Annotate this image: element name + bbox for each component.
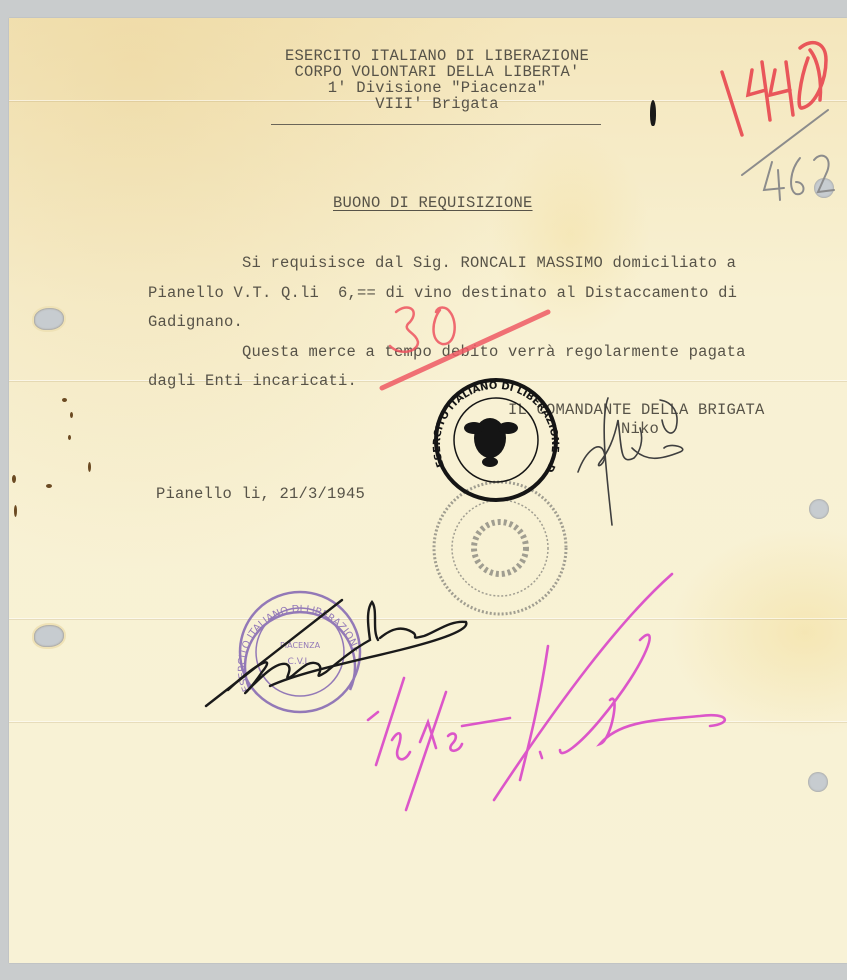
red-pencil-mark-icon bbox=[382, 307, 548, 388]
commander-signature-icon bbox=[578, 398, 683, 525]
magenta-annotation-icon bbox=[368, 574, 725, 810]
handwriting-layer: ESERCITO ITALIANO DI LIBERAZIONE · DIV. … bbox=[0, 0, 847, 980]
svg-text:C.V.L.: C.V.L. bbox=[288, 657, 313, 667]
brigade-stamp-icon: ESERCITO ITALIANO DI LIBERAZIONE · DIV. … bbox=[0, 0, 560, 500]
cvl-stamp-icon: ESERCITO ITALIANO DI LIBERAZIONE PIACENZ… bbox=[237, 592, 361, 712]
red-pencil-number-icon bbox=[722, 43, 826, 135]
gray-pencil-number-icon bbox=[742, 110, 834, 200]
